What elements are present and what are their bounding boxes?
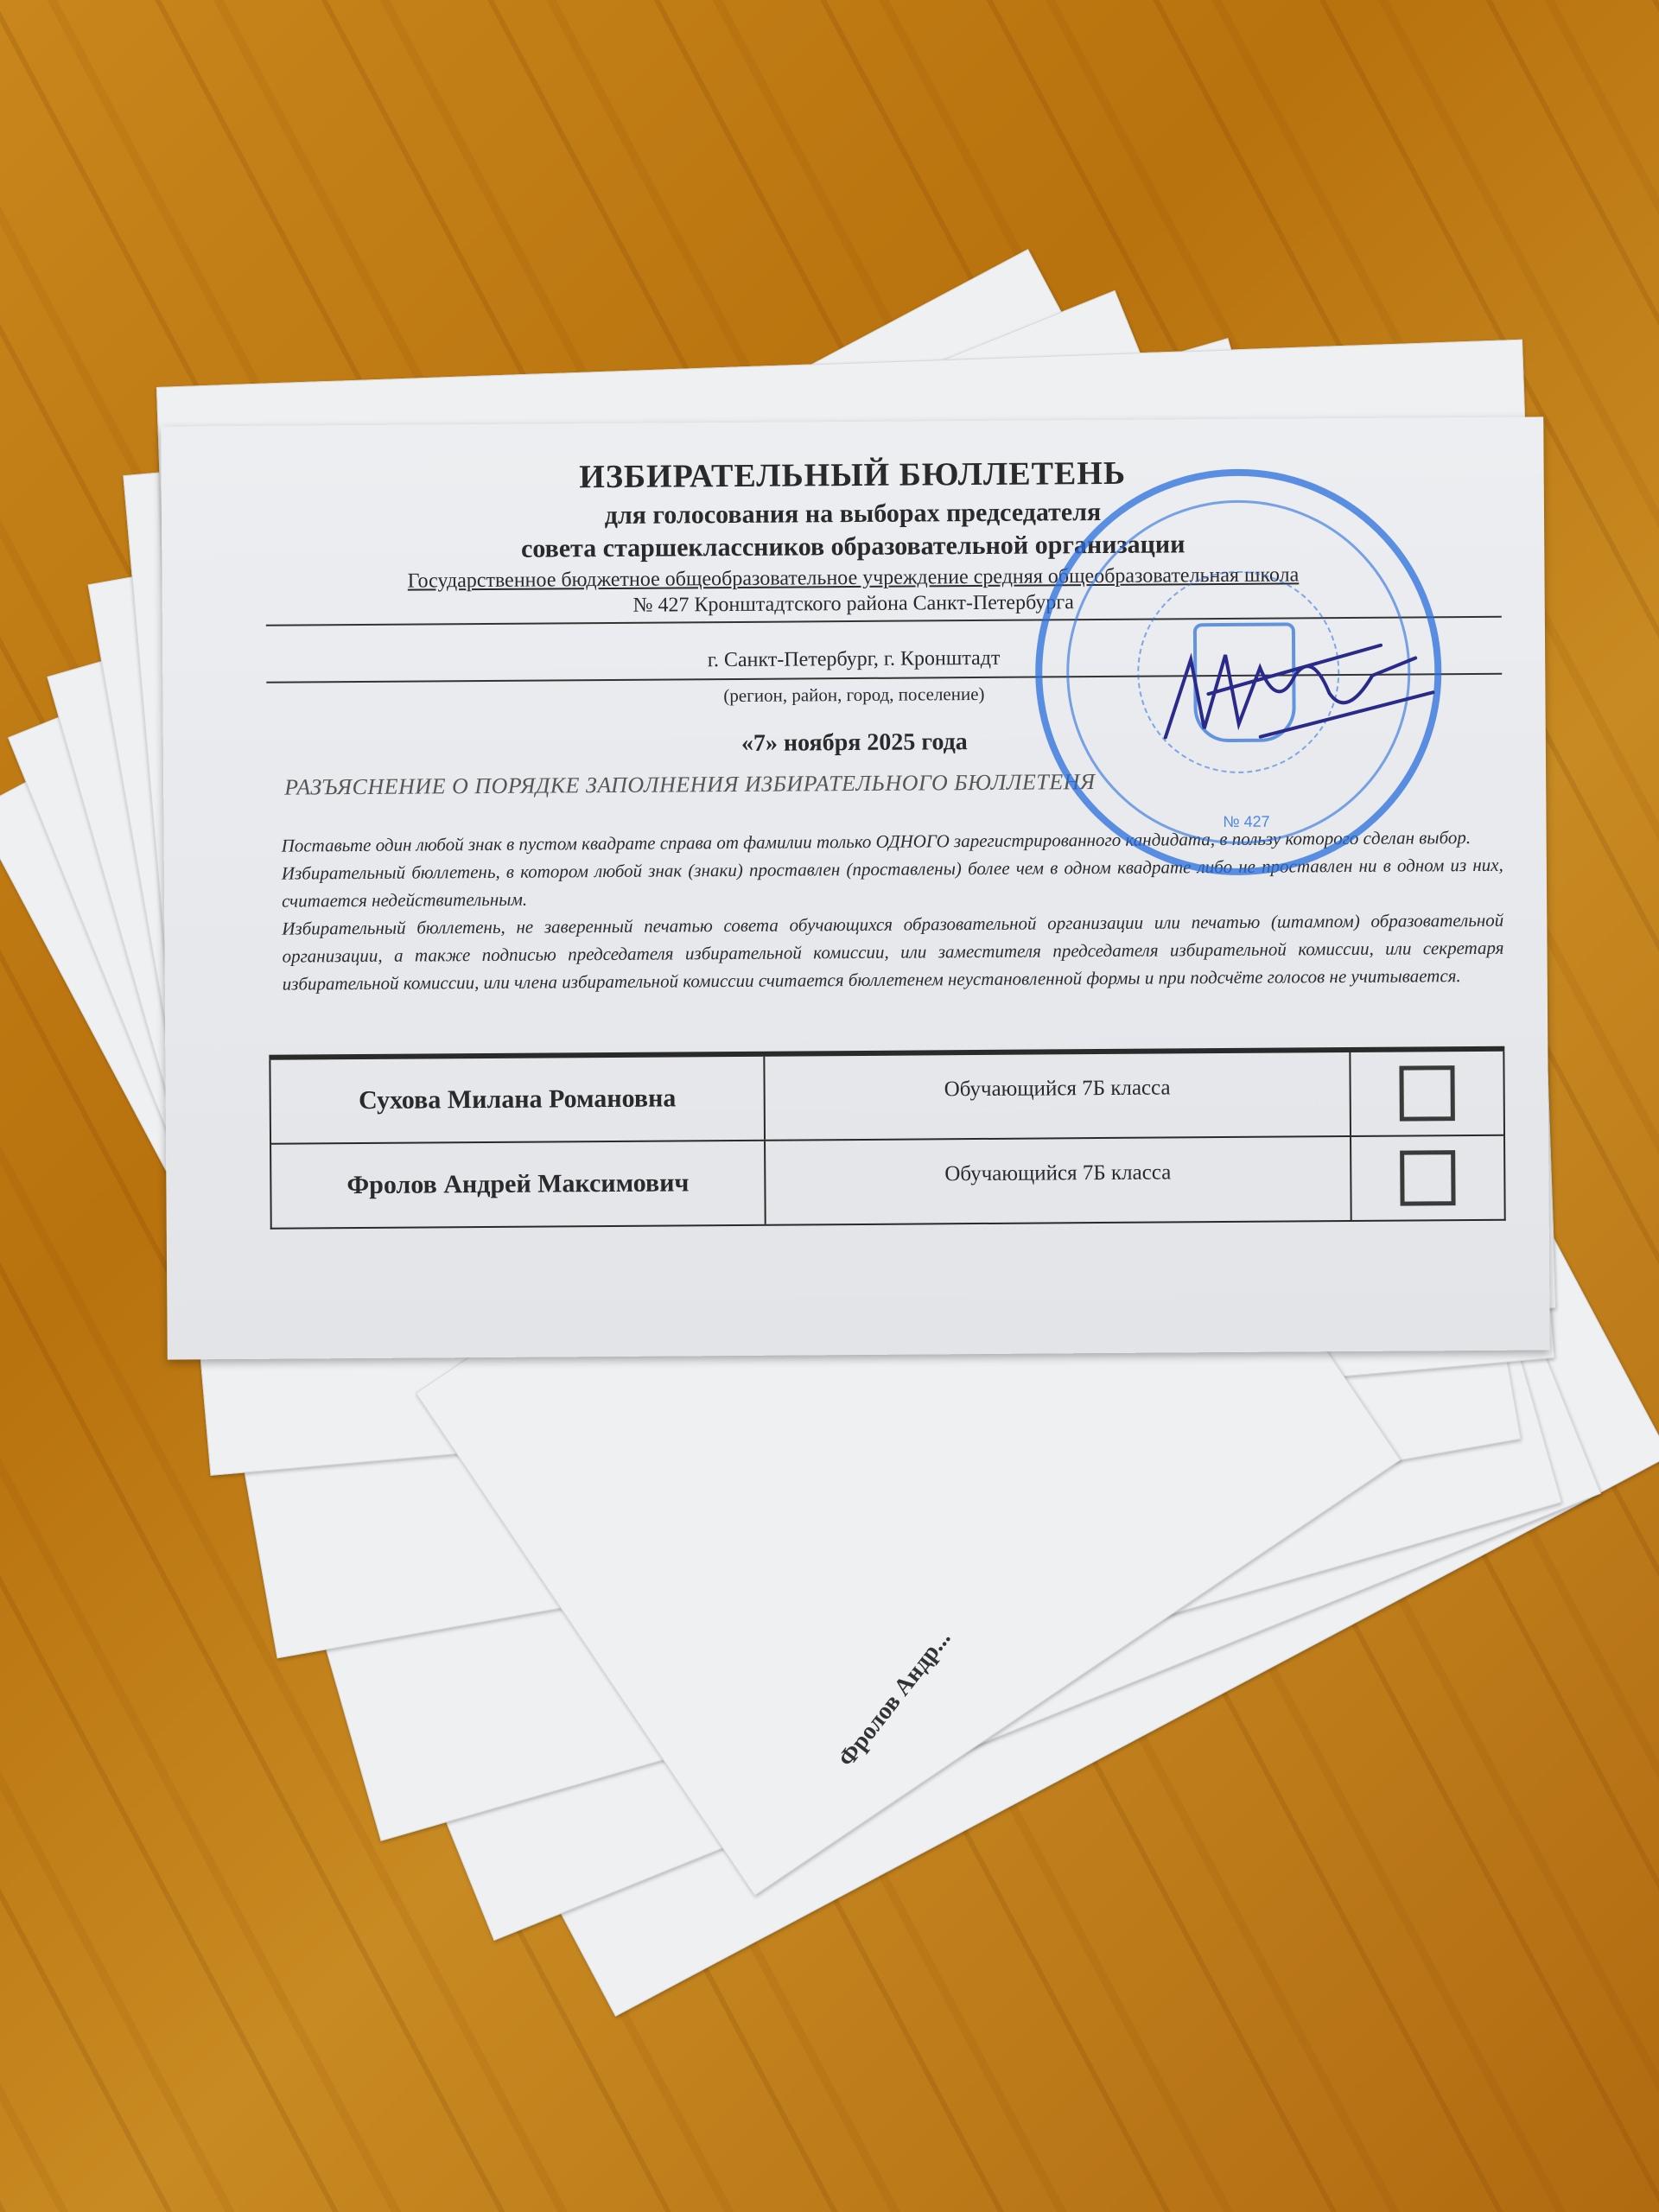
vote-cell: [1351, 1052, 1503, 1135]
candidate-row: Сухова Милана Романовна Обучающийся 7Б к…: [269, 1052, 1505, 1145]
signature: [1156, 640, 1442, 746]
explanation-paragraph: Избирательный бюллетень, не заверенный п…: [282, 906, 1504, 998]
candidate-info: Обучающийся 7Б класса: [766, 1137, 1352, 1224]
candidate-row: Фролов Андрей Максимович Обучающийся 7Б …: [270, 1136, 1506, 1230]
ballot-title: ИЗБИРАТЕЛЬНЫЙ БЮЛЛЕТЕНЬ: [162, 451, 1544, 499]
explanation-paragraph: Избирательный бюллетень, в котором любой…: [282, 851, 1503, 915]
candidate-name: Сухова Милана Романовна: [270, 1057, 766, 1143]
ballot: ИЗБИРАТЕЛЬНЫЙ БЮЛЛЕТЕНЬ для голосования …: [161, 416, 1550, 1359]
candidates-table: Сухова Милана Романовна Обучающийся 7Б к…: [269, 1046, 1505, 1230]
stamp-number: № 427: [1147, 812, 1345, 832]
vote-checkbox[interactable]: [1399, 1065, 1454, 1121]
explanation-heading: РАЗЪЯСНЕНИЕ О ПОРЯДКЕ ЗАПОЛНЕНИЯ ИЗБИРАТ…: [284, 769, 1096, 801]
candidate-name: Фролов Андрей Максимович: [271, 1141, 766, 1228]
candidate-info: Обучающийся 7Б класса: [765, 1052, 1351, 1140]
vote-cell: [1351, 1136, 1504, 1220]
vote-checkbox[interactable]: [1400, 1150, 1455, 1205]
